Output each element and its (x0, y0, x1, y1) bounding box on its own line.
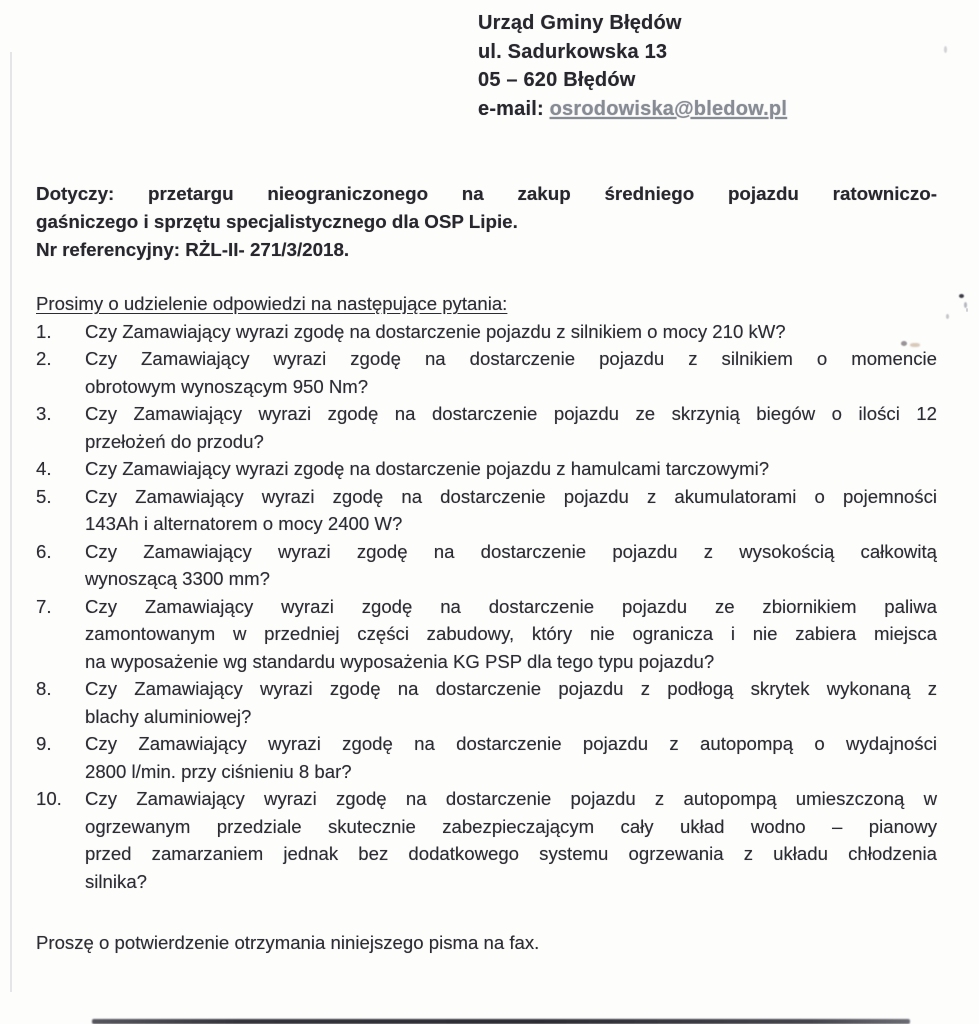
scan-speck (959, 294, 964, 298)
question-number: 4. (36, 455, 85, 483)
question-number: 9. (36, 730, 85, 758)
question-number: 8. (36, 675, 85, 703)
question-text: Czy Zamawiający wyrazi zgodę na dostarcz… (85, 318, 937, 346)
sender-street: ul. Sadurkowska 13 (478, 38, 787, 67)
scan-speck (946, 314, 949, 319)
subject-line-1: Dotyczy: przetargu nieograniczonego na z… (36, 180, 937, 208)
question-number: 6. (36, 538, 85, 566)
scanned-letter-page: Urząd Gminy Błędów ul. Sadurkowska 13 05… (0, 0, 979, 1024)
question-text-line: Czy Zamawiający wyrazi zgodę na dostarcz… (85, 785, 937, 813)
question-item: 3. Czy Zamawiający wyrazi zgodę na dosta… (36, 400, 937, 455)
question-text: Czy Zamawiający wyrazi zgodę na dostarcz… (85, 455, 937, 483)
question-text-line: 2800 l/min. przy ciśnieniu 8 bar? (85, 758, 937, 786)
question-item: 6. Czy Zamawiający wyrazi zgodę na dosta… (36, 538, 937, 593)
question-text-line: Czy Zamawiający wyrazi zgodę na dostarcz… (85, 400, 937, 428)
question-text-line: ogrzewanym przedziale skutecznie zabezpi… (85, 813, 937, 841)
question-text-line: na wyposażenie wg standardu wyposażenia … (85, 648, 937, 676)
sender-address-block: Urząd Gminy Błędów ul. Sadurkowska 13 05… (478, 9, 787, 123)
question-list: 1. Czy Zamawiający wyrazi zgodę na dosta… (36, 318, 937, 896)
sender-org-name: Urząd Gminy Błędów (478, 9, 787, 38)
question-text-line: silnika? (85, 868, 937, 896)
question-text-line: obrotowym wynoszącym 950 Nm? (85, 373, 937, 401)
question-item: 8. Czy Zamawiający wyrazi zgodę na dosta… (36, 675, 937, 730)
question-text-line: 143Ah i alternatorem o mocy 2400 W? (85, 510, 937, 538)
subject-line-2: gaśniczego i sprzętu specjalistycznego d… (36, 208, 937, 236)
email-label: e-mail: (478, 98, 544, 120)
question-number: 7. (36, 593, 85, 621)
question-item: 9. Czy Zamawiający wyrazi zgodę na dosta… (36, 730, 937, 785)
question-text-line: Czy Zamawiający wyrazi zgodę na dostarcz… (85, 730, 937, 758)
question-text: Czy Zamawiający wyrazi zgodę na dostarcz… (85, 730, 937, 785)
subject-block: Dotyczy: przetargu nieograniczonego na z… (36, 180, 937, 263)
question-text-line: Czy Zamawiający wyrazi zgodę na dostarcz… (85, 318, 937, 346)
question-text: Czy Zamawiający wyrazi zgodę na dostarcz… (85, 345, 937, 400)
question-text-line: Czy Zamawiający wyrazi zgodę na dostarcz… (85, 675, 937, 703)
question-text-line: Czy Zamawiający wyrazi zgodę na dostarcz… (85, 483, 937, 511)
question-text-line: wynoszącą 3300 mm? (85, 565, 937, 593)
question-text-line: Czy Zamawiający wyrazi zgodę na dostarcz… (85, 455, 937, 483)
letter-body: Prosimy o udzielenie odpowiedzi na nastę… (36, 290, 937, 895)
question-number: 2. (36, 345, 85, 373)
question-text-line: Czy Zamawiający wyrazi zgodę na dostarcz… (85, 538, 937, 566)
scan-bottom-strip (92, 1019, 910, 1024)
question-text-line: przełożeń do przodu? (85, 428, 937, 456)
question-text: Czy Zamawiający wyrazi zgodę na dostarcz… (85, 675, 937, 730)
question-item: 1. Czy Zamawiający wyrazi zgodę na dosta… (36, 318, 937, 346)
questions-intro: Prosimy o udzielenie odpowiedzi na nastę… (36, 290, 937, 318)
question-text: Czy Zamawiający wyrazi zgodę na dostarcz… (85, 593, 937, 676)
scan-speck (944, 46, 947, 53)
question-text: Czy Zamawiający wyrazi zgodę na dostarcz… (85, 483, 937, 538)
question-number: 3. (36, 400, 85, 428)
closing-line: Proszę o potwierdzenie otrzymania niniej… (36, 929, 937, 957)
question-item: 5. Czy Zamawiający wyrazi zgodę na dosta… (36, 483, 937, 538)
email-link[interactable]: osrodowiska@bledow.pl (550, 98, 787, 120)
question-text-line: blachy aluminiowej? (85, 703, 937, 731)
question-number: 1. (36, 318, 85, 346)
question-number: 5. (36, 483, 85, 511)
question-number: 10. (36, 785, 85, 813)
scan-edge-line (10, 52, 12, 992)
question-text-line: zamontowanym w przedniej części zabudowy… (85, 620, 937, 648)
question-text: Czy Zamawiający wyrazi zgodę na dostarcz… (85, 785, 937, 895)
reference-number: Nr referencyjny: RŻL-II- 271/3/2018. (36, 236, 937, 264)
question-text: Czy Zamawiający wyrazi zgodę na dostarcz… (85, 538, 937, 593)
question-item: 10. Czy Zamawiający wyrazi zgodę na dost… (36, 785, 937, 895)
sender-email-line: e-mail: osrodowiska@bledow.pl (478, 95, 787, 124)
question-item: 4. Czy Zamawiający wyrazi zgodę na dosta… (36, 455, 937, 483)
question-text-line: Czy Zamawiający wyrazi zgodę na dostarcz… (85, 345, 937, 373)
scan-speck (966, 308, 968, 312)
question-text-line: Czy Zamawiający wyrazi zgodę na dostarcz… (85, 593, 937, 621)
question-text-line: przed zamarzaniem jednak bez dodatkowego… (85, 840, 937, 868)
question-text: Czy Zamawiający wyrazi zgodę na dostarcz… (85, 400, 937, 455)
question-item: 2. Czy Zamawiający wyrazi zgodę na dosta… (36, 345, 937, 400)
sender-city: 05 – 620 Błędów (478, 66, 787, 95)
question-item: 7. Czy Zamawiający wyrazi zgodę na dosta… (36, 593, 937, 676)
